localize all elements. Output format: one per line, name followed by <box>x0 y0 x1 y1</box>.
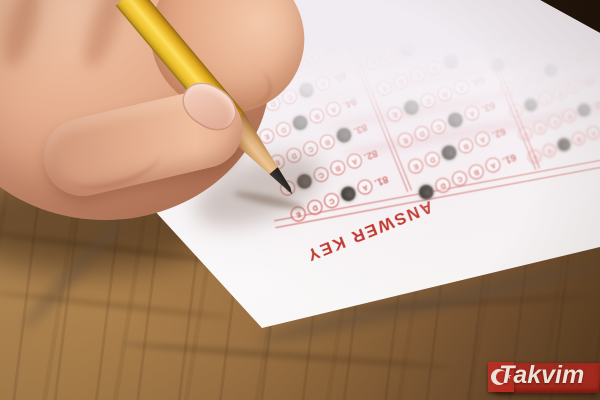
wood-grain-streak <box>120 340 450 370</box>
photo-scene: 41.ABCDE42.ABCDE43.ABCDE44.ABCDE45.ABCDE… <box>0 0 600 400</box>
takvim-logo: ★ Takvim <box>488 359 600 397</box>
logo-text: Takvim <box>499 361 584 390</box>
